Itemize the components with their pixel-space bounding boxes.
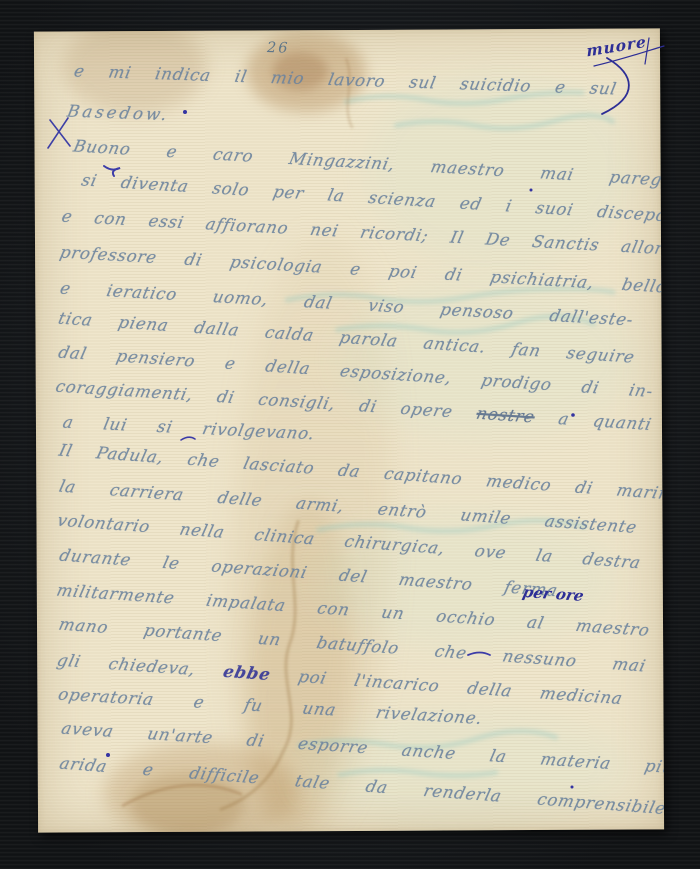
dark-ink-word: ebbe xyxy=(221,662,272,684)
struck-word: nostre xyxy=(475,404,537,427)
handwriting-line-11: a lui si rivolgevano. xyxy=(61,415,316,443)
handwriting-line-1: e mi indica il mio lavoro sul suicidio e… xyxy=(73,63,619,97)
page-number: 26 xyxy=(267,41,290,56)
scanned-manuscript-photo: { "page": { "number": "26", "corner_anno… xyxy=(0,0,700,869)
manuscript-page: 26 muore e mi indica il mio lavoro sul s… xyxy=(34,28,664,832)
corner-annotation: muore xyxy=(586,34,647,59)
ink-correction-per-ore: per ore xyxy=(521,585,585,604)
line-18-pre: gli chiedeva, xyxy=(55,651,225,681)
line-10-post: a quanti xyxy=(533,408,654,434)
handwriting-line-2: Basedow. xyxy=(66,104,171,124)
